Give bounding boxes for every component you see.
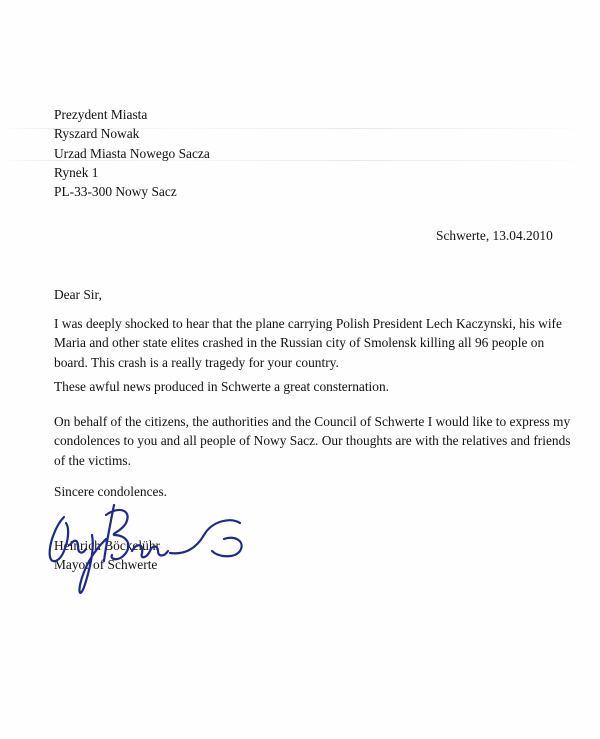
body-paragraph: I was deeply shocked to hear that the pl… xyxy=(54,314,574,372)
recipient-line: Prezydent Miasta xyxy=(54,105,210,124)
body-paragraph: On behalf of the citizens, the authoriti… xyxy=(54,412,574,470)
place-and-date: Schwerte, 13.04.2010 xyxy=(436,228,553,244)
letter-page: Prezydent Miasta Ryszard Nowak Urzad Mia… xyxy=(0,0,600,739)
recipient-line: Rynek 1 xyxy=(54,163,210,182)
recipient-line: PL-33-300 Nowy Sacz xyxy=(54,182,210,201)
body-paragraph: These awful news produced in Schwerte a … xyxy=(54,377,574,396)
salutation: Dear Sir, xyxy=(54,287,102,303)
recipient-address: Prezydent Miasta Ryszard Nowak Urzad Mia… xyxy=(54,105,210,201)
recipient-line: Urzad Miasta Nowego Sacza xyxy=(54,144,210,163)
handwritten-signature-icon xyxy=(34,495,274,605)
recipient-line: Ryszard Nowak xyxy=(54,124,210,143)
